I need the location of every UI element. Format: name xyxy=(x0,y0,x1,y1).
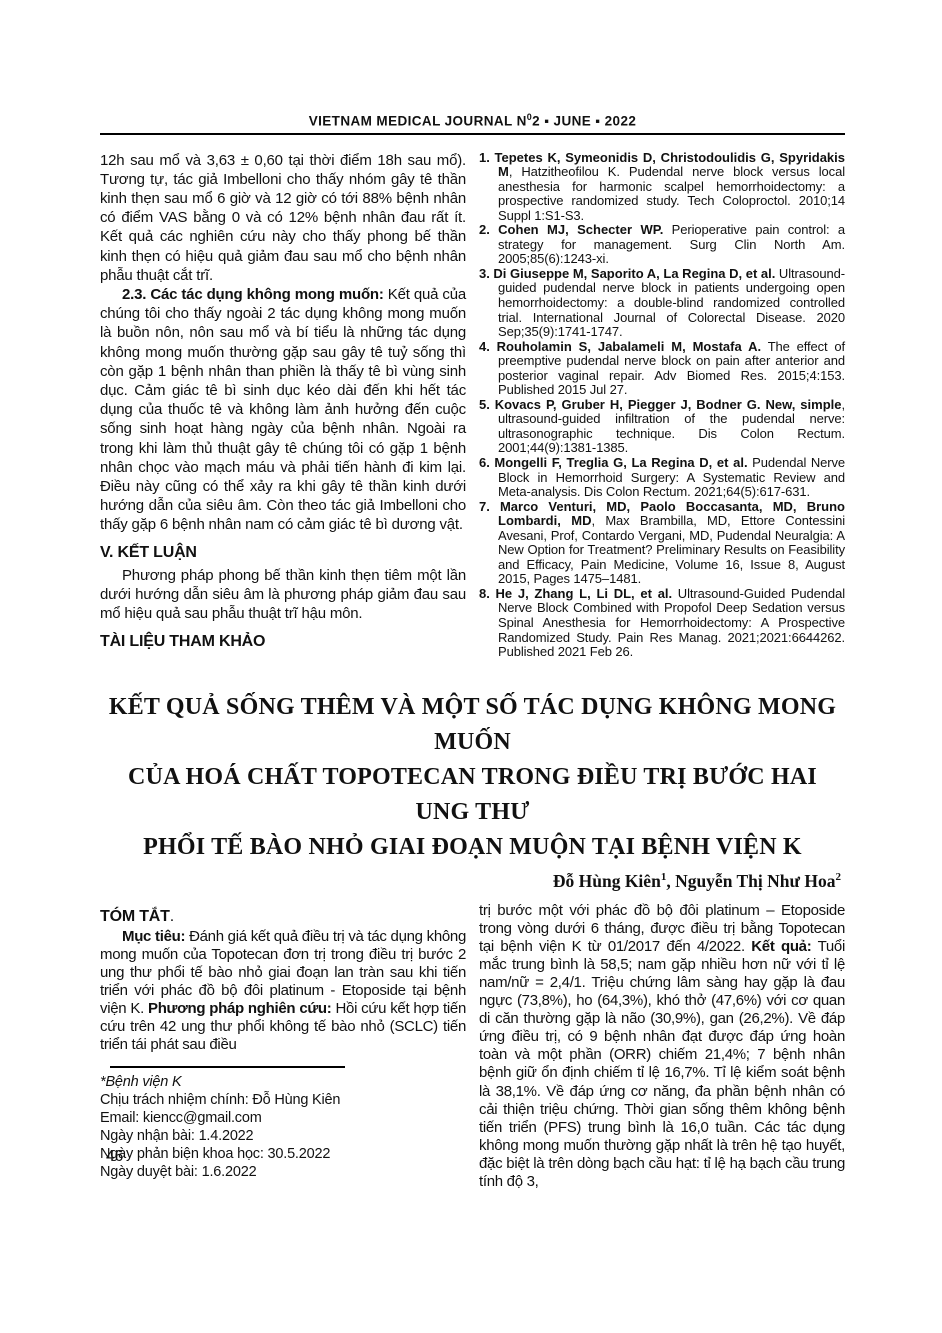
reference-item: 1. Tepetes K, Symeonidis D, Christodouli… xyxy=(479,151,845,224)
abstract-paragraph-right: trị bước một với phác đồ bộ đôi platinum… xyxy=(479,902,845,1192)
abstract-results-text: Tuổi mắc trung bình là 58,5; nam gặp nhi… xyxy=(479,938,845,1190)
author-separator: , xyxy=(666,871,675,891)
author-name-1: Đỗ Hùng Kiên xyxy=(553,871,661,891)
section-2-3-text: Kết quả của chúng tôi cho thấy ngoài 2 t… xyxy=(100,286,466,533)
journal-header-rest: 2 ▪ JUNE ▪ 2022 xyxy=(532,114,636,129)
conclusion-heading: V. KẾT LUẬN xyxy=(100,544,466,562)
footnote-received-date: Ngày nhận bài: 1.4.2022 xyxy=(100,1127,466,1145)
article2-columns: TÓM TẮT. Mục tiêu: Đánh giá kết quả điều… xyxy=(100,902,845,1192)
reference-item: 5. Kovacs P, Gruber H, Piegger J, Bodner… xyxy=(479,398,845,456)
reference-item: 8. He J, Zhang L, Li DL, et al. Ultrasou… xyxy=(479,587,845,660)
journal-header-name: VIETNAM MEDICAL JOURNAL N xyxy=(309,114,527,129)
reference-text: , Hatzitheofilou K. Pudendal nerve block… xyxy=(498,164,845,223)
conclusion-paragraph: Phương pháp phong bế thần kinh thẹn tiêm… xyxy=(100,566,466,624)
abstract-heading: TÓM TẮT. xyxy=(100,908,466,926)
reference-number: 7. xyxy=(479,499,490,514)
reference-item: 3. Di Giuseppe M, Saporito A, La Regina … xyxy=(479,267,845,340)
reference-item: 7. Marco Venturi, MD, Paolo Boccasanta, … xyxy=(479,500,845,587)
footnote-responsible: Chịu trách nhiệm chính: Đỗ Hùng Kiên xyxy=(100,1091,466,1109)
reference-authors: Cohen MJ, Schecter WP. xyxy=(498,222,663,237)
reference-item: 6. Mongelli F, Treglia G, La Regina D, e… xyxy=(479,456,845,500)
author-affiliation-sup-2: 2 xyxy=(836,871,842,883)
article2-title: KẾT QUẢ SỐNG THÊM VÀ MỘT SỐ TÁC DỤNG KHÔ… xyxy=(100,690,845,865)
article1-paragraph-continuation: 12h sau mổ và 3,63 ± 0,60 tại thời điểm … xyxy=(100,151,466,285)
article2-authors: Đỗ Hùng Kiên1, Nguyễn Thị Như Hoa2 xyxy=(100,871,845,892)
footnote-accepted-date: Ngày duyệt bài: 1.6.2022 xyxy=(100,1163,466,1181)
reference-number: 1. xyxy=(479,150,490,165)
journal-header: VIETNAM MEDICAL JOURNAL N02 ▪ JUNE ▪ 202… xyxy=(100,112,845,135)
article2-right-column: trị bước một với phác đồ bộ đôi platinum… xyxy=(479,902,845,1192)
footnote-separator xyxy=(110,1066,345,1068)
footnote-review-date: Ngày phản biện khoa học: 30.5.2022 xyxy=(100,1145,466,1163)
abstract-method-label: Phương pháp nghiên cứu: xyxy=(148,1000,332,1017)
reference-authors: Di Giuseppe M, Saporito A, La Regina D, … xyxy=(493,266,775,281)
author-name-2: Nguyễn Thị Như Hoa xyxy=(675,871,835,891)
reference-item: 4. Rouholamin S, Jabalameli M, Mostafa A… xyxy=(479,340,845,398)
abstract-heading-dot: . xyxy=(170,908,174,925)
footnote-block: *Bệnh viện K Chịu trách nhiệm chính: Đỗ … xyxy=(100,1073,466,1181)
reference-authors: Mongelli F, Treglia G, La Regina D, et a… xyxy=(494,455,747,470)
reference-authors: He J, Zhang L, Li DL, et al. xyxy=(495,586,672,601)
reference-number: 3. xyxy=(479,266,490,281)
article1-section-2-3: 2.3. Các tác dụng không mong muốn: Kết q… xyxy=(100,285,466,535)
article2-left-column: TÓM TẮT. Mục tiêu: Đánh giá kết quả điều… xyxy=(100,902,466,1192)
reference-authors: Rouholamin S, Jabalameli M, Mostafa A. xyxy=(497,339,761,354)
reference-number: 2. xyxy=(479,222,490,237)
abstract-objective-label: Mục tiêu: xyxy=(122,928,185,945)
abstract-paragraph-left: Mục tiêu: Đánh giá kết quả điều trị và t… xyxy=(100,928,466,1055)
footnote-email: Email: kiencc@gmail.com xyxy=(100,1109,466,1127)
article2-title-line1: KẾT QUẢ SỐNG THÊM VÀ MỘT SỐ TÁC DỤNG KHÔ… xyxy=(100,690,845,760)
footnote-affiliation: *Bệnh viện K xyxy=(100,1073,466,1091)
references-list: 1. Tepetes K, Symeonidis D, Christodouli… xyxy=(479,151,845,660)
article1-left-column: 12h sau mổ và 3,63 ± 0,60 tại thời điểm … xyxy=(100,151,466,660)
reference-authors: Kovacs P, Gruber H, Piegger J, Bodner G.… xyxy=(495,397,842,412)
journal-page: VIETNAM MEDICAL JOURNAL N02 ▪ JUNE ▪ 202… xyxy=(0,0,942,1333)
reference-number: 8. xyxy=(479,586,490,601)
reference-number: 4. xyxy=(479,339,490,354)
reference-number: 5. xyxy=(479,397,490,412)
abstract-results-label: Kết quả: xyxy=(751,938,811,955)
article1-right-column: 1. Tepetes K, Symeonidis D, Christodouli… xyxy=(479,151,845,660)
page-number: 46 xyxy=(106,1148,123,1166)
article1-columns: 12h sau mổ và 3,63 ± 0,60 tại thời điểm … xyxy=(100,151,845,660)
article2-title-line3: PHỔI TẾ BÀO NHỎ GIAI ĐOẠN MUỘN TẠI BỆNH … xyxy=(100,830,845,865)
reference-item: 2. Cohen MJ, Schecter WP. Perioperative … xyxy=(479,223,845,267)
section-2-3-label: 2.3. Các tác dụng không mong muốn: xyxy=(122,286,384,303)
reference-number: 6. xyxy=(479,455,490,470)
article2-title-line2: CỦA HOÁ CHẤT TOPOTECAN TRONG ĐIỀU TRỊ BƯ… xyxy=(100,760,845,830)
references-heading: TÀI LIỆU THAM KHẢO xyxy=(100,633,466,651)
abstract-heading-text: TÓM TẮT xyxy=(100,908,170,925)
